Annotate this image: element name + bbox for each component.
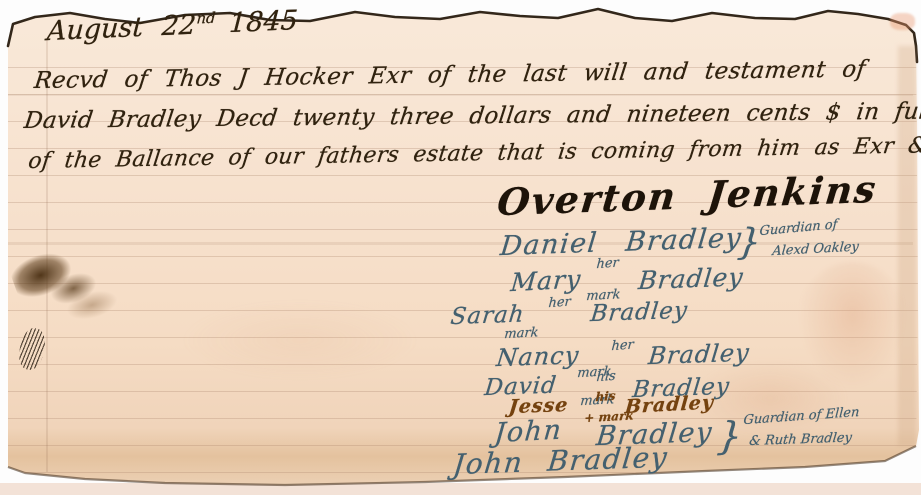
signature-mary-bradley-first: Mary: [509, 264, 582, 297]
mark-word-top: his: [595, 389, 616, 405]
brace: }: [715, 414, 744, 458]
date-ordinal: nd: [196, 9, 216, 28]
date-month-day: August 22: [46, 9, 197, 47]
mark-word-top: her: [548, 294, 571, 311]
signature-nancy-bradley-first: Nancy: [495, 341, 581, 372]
signature-sarah-bradley-last: Bradley: [589, 298, 689, 328]
mark-word-top: his: [596, 369, 616, 385]
mark-word-top: her: [596, 255, 619, 272]
mark-word-bottom: mark: [504, 325, 539, 342]
signature-nancy-bradley-last: Bradley: [647, 338, 751, 370]
mark-word-top: her: [611, 337, 634, 354]
signature-mary-bradley-last: Bradley: [637, 262, 745, 295]
document-scan: August 22nd1845 Recvd of Thos J Hocker E…: [0, 0, 921, 495]
date-year: 1845: [228, 5, 299, 39]
